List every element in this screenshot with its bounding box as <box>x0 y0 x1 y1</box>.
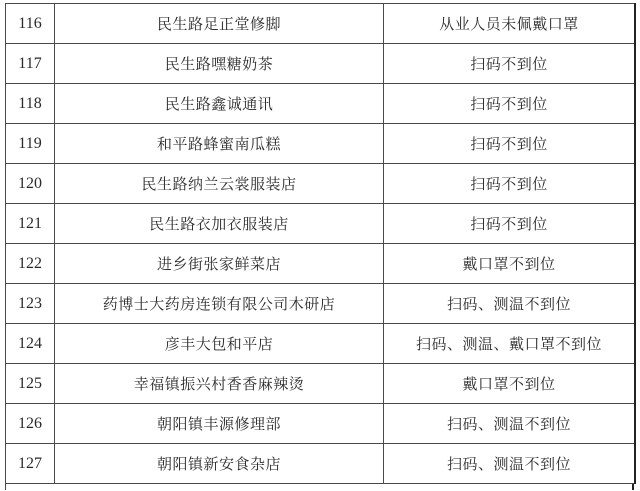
issue-description: 扫码不到位 <box>384 84 636 124</box>
table-row: 116 民生路足正堂修脚 从业人员未佩戴口罩 <box>6 4 636 44</box>
business-name: 彦丰大包和平店 <box>55 324 384 364</box>
table-row: 117 民生路嘿糖奶茶 扫码不到位 <box>6 44 636 84</box>
business-name: 和平路蜂蜜南瓜糕 <box>55 124 384 164</box>
table-continuation <box>5 484 634 490</box>
business-name: 民生路足正堂修脚 <box>55 4 384 44</box>
business-name: 朝阳镇新安食杂店 <box>55 444 384 484</box>
violation-table: 116 民生路足正堂修脚 从业人员未佩戴口罩 117 民生路嘿糖奶茶 扫码不到位… <box>5 3 636 484</box>
table-row: 122 进乡街张家鲜菜店 戴口罩不到位 <box>6 244 636 284</box>
row-number: 125 <box>6 364 55 404</box>
issue-description: 戴口罩不到位 <box>384 364 636 404</box>
business-name: 民生路纳兰云裳服装店 <box>55 164 384 204</box>
business-name: 民生路鑫诚通讯 <box>55 84 384 124</box>
row-number: 117 <box>6 44 55 84</box>
table-row: 119 和平路蜂蜜南瓜糕 扫码不到位 <box>6 124 636 164</box>
row-number: 121 <box>6 204 55 244</box>
row-number: 118 <box>6 84 55 124</box>
row-number: 123 <box>6 284 55 324</box>
business-name: 进乡街张家鲜菜店 <box>55 244 384 284</box>
issue-description: 扫码、测温不到位 <box>384 404 636 444</box>
business-name: 朝阳镇丰源修理部 <box>55 404 384 444</box>
issue-description: 扫码、测温不到位 <box>384 444 636 484</box>
issue-description: 扫码、测温、戴口罩不到位 <box>384 324 636 364</box>
table-row: 125 幸福镇振兴村香香麻辣烫 戴口罩不到位 <box>6 364 636 404</box>
row-number: 119 <box>6 124 55 164</box>
inspection-document: 116 民生路足正堂修脚 从业人员未佩戴口罩 117 民生路嘿糖奶茶 扫码不到位… <box>5 3 634 490</box>
issue-description: 扫码不到位 <box>384 204 636 244</box>
table-row: 126 朝阳镇丰源修理部 扫码、测温不到位 <box>6 404 636 444</box>
issue-description: 从业人员未佩戴口罩 <box>384 4 636 44</box>
row-number: 126 <box>6 404 55 444</box>
row-number: 122 <box>6 244 55 284</box>
table-row: 124 彦丰大包和平店 扫码、测温、戴口罩不到位 <box>6 324 636 364</box>
table-row: 127 朝阳镇新安食杂店 扫码、测温不到位 <box>6 444 636 484</box>
table-row: 121 民生路衣加衣服装店 扫码不到位 <box>6 204 636 244</box>
issue-description: 扫码不到位 <box>384 44 636 84</box>
table-row: 118 民生路鑫诚通讯 扫码不到位 <box>6 84 636 124</box>
issue-description: 扫码、测温不到位 <box>384 284 636 324</box>
row-number: 116 <box>6 4 55 44</box>
issue-description: 戴口罩不到位 <box>384 244 636 284</box>
row-number: 120 <box>6 164 55 204</box>
business-name: 民生路嘿糖奶茶 <box>55 44 384 84</box>
row-number: 127 <box>6 444 55 484</box>
issue-description: 扫码不到位 <box>384 164 636 204</box>
table-row: 120 民生路纳兰云裳服装店 扫码不到位 <box>6 164 636 204</box>
business-name: 幸福镇振兴村香香麻辣烫 <box>55 364 384 404</box>
business-name: 民生路衣加衣服装店 <box>55 204 384 244</box>
business-name: 药博士大药房连锁有限公司木研店 <box>55 284 384 324</box>
row-number: 124 <box>6 324 55 364</box>
issue-description: 扫码不到位 <box>384 124 636 164</box>
table-row: 123 药博士大药房连锁有限公司木研店 扫码、测温不到位 <box>6 284 636 324</box>
